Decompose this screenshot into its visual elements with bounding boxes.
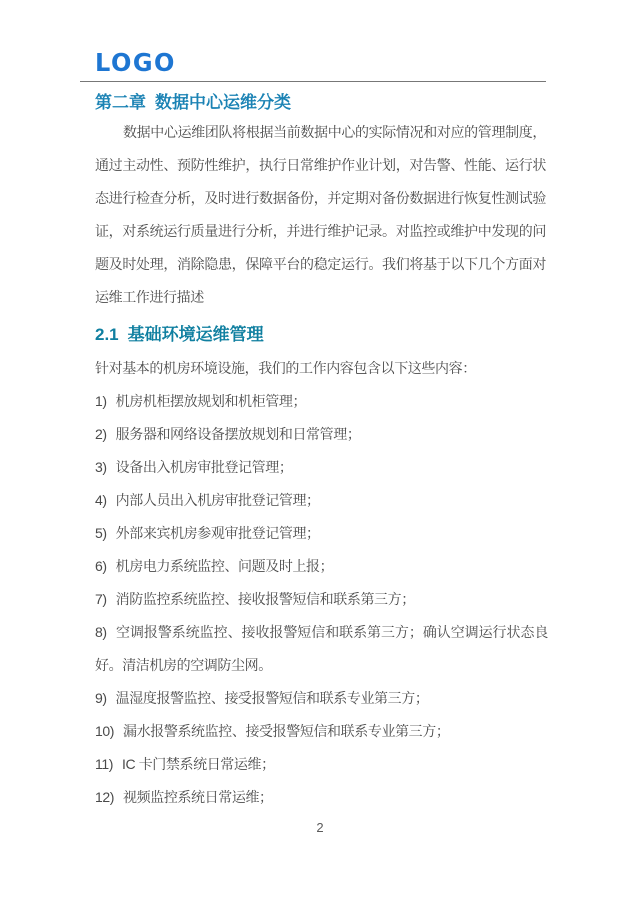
chapter-label: 第二章: [95, 93, 146, 112]
section-heading: 2.1基础环境运维管理: [95, 320, 264, 345]
list-item-number: 10): [95, 723, 114, 739]
list-item-text: 消防监控系统监控、接收报警短信和联系第三方；: [116, 591, 415, 607]
list-item-number: 3): [95, 459, 107, 475]
list-item-number: 2): [95, 426, 107, 442]
list-item-text: 空调报警系统监控、接收报警短信和联系第三方；确认空调运行状态良好。清洁机房的空调…: [95, 624, 548, 673]
list-item: 6)机房电力系统监控、问题及时上报；: [95, 550, 548, 583]
list-item: 1)机房机柜摆放规划和机柜管理；: [95, 385, 548, 418]
list-item-number: 11): [95, 756, 113, 772]
company-logo: LOGO: [95, 50, 176, 77]
list-item: 10)漏水报警系统监控、接受报警短信和联系专业第三方；: [95, 715, 548, 748]
list-item-text: IC 卡门禁系统日常运维；: [122, 756, 275, 772]
list-item: 5)外部来宾机房参观审批登记管理；: [95, 517, 548, 550]
section-lead: 针对基本的机房环境设施，我们的工作内容包含以下这些内容：: [95, 352, 546, 385]
list-item-number: 9): [95, 690, 107, 706]
section-number: 2.1: [95, 325, 119, 344]
list-item-text: 视频监控系统日常运维；: [123, 789, 273, 805]
ops-list: 1)机房机柜摆放规划和机柜管理；2)服务器和网络设备摆放规划和日常管理；3)设备…: [95, 385, 548, 814]
list-item-text: 机房电力系统监控、问题及时上报；: [116, 558, 334, 574]
list-item-text: 温湿度报警监控、接受报警短信和联系专业第三方；: [116, 690, 429, 706]
intro-paragraph: 数据中心运维团队将根据当前数据中心的实际情况和对应的管理制度，通过主动性、预防性…: [95, 116, 546, 314]
page-number: 2: [0, 820, 640, 835]
list-item: 11)IC 卡门禁系统日常运维；: [95, 748, 548, 781]
chapter-heading: 第二章数据中心运维分类: [95, 88, 291, 113]
list-item-number: 1): [95, 393, 107, 409]
section-title: 基础环境运维管理: [128, 325, 264, 344]
list-item-number: 12): [95, 789, 114, 805]
list-item-number: 7): [95, 591, 107, 607]
list-item-text: 漏水报警系统监控、接受报警短信和联系专业第三方；: [123, 723, 449, 739]
list-item: 3)设备出入机房审批登记管理；: [95, 451, 548, 484]
list-item-text: 外部来宾机房参观审批登记管理；: [116, 525, 320, 541]
list-item-number: 8): [95, 624, 107, 640]
list-item: 7)消防监控系统监控、接收报警短信和联系第三方；: [95, 583, 548, 616]
list-item-text: 机房机柜摆放规划和机柜管理；: [116, 393, 306, 409]
list-item: 4)内部人员出入机房审批登记管理；: [95, 484, 548, 517]
list-item-text: 内部人员出入机房审批登记管理；: [116, 492, 320, 508]
header-divider: [80, 81, 546, 82]
list-item: 2)服务器和网络设备摆放规划和日常管理；: [95, 418, 548, 451]
list-item-number: 4): [95, 492, 107, 508]
chapter-title: 数据中心运维分类: [155, 93, 291, 112]
list-item-number: 5): [95, 525, 107, 541]
document-page: LOGO 第二章数据中心运维分类 数据中心运维团队将根据当前数据中心的实际情况和…: [0, 0, 640, 906]
list-item-number: 6): [95, 558, 107, 574]
list-item: 12)视频监控系统日常运维；: [95, 781, 548, 814]
list-item-text: 设备出入机房审批登记管理；: [116, 459, 293, 475]
list-item: 8)空调报警系统监控、接收报警短信和联系第三方；确认空调运行状态良好。清洁机房的…: [95, 616, 548, 682]
list-item-text: 服务器和网络设备摆放规划和日常管理；: [116, 426, 361, 442]
list-item: 9)温湿度报警监控、接受报警短信和联系专业第三方；: [95, 682, 548, 715]
